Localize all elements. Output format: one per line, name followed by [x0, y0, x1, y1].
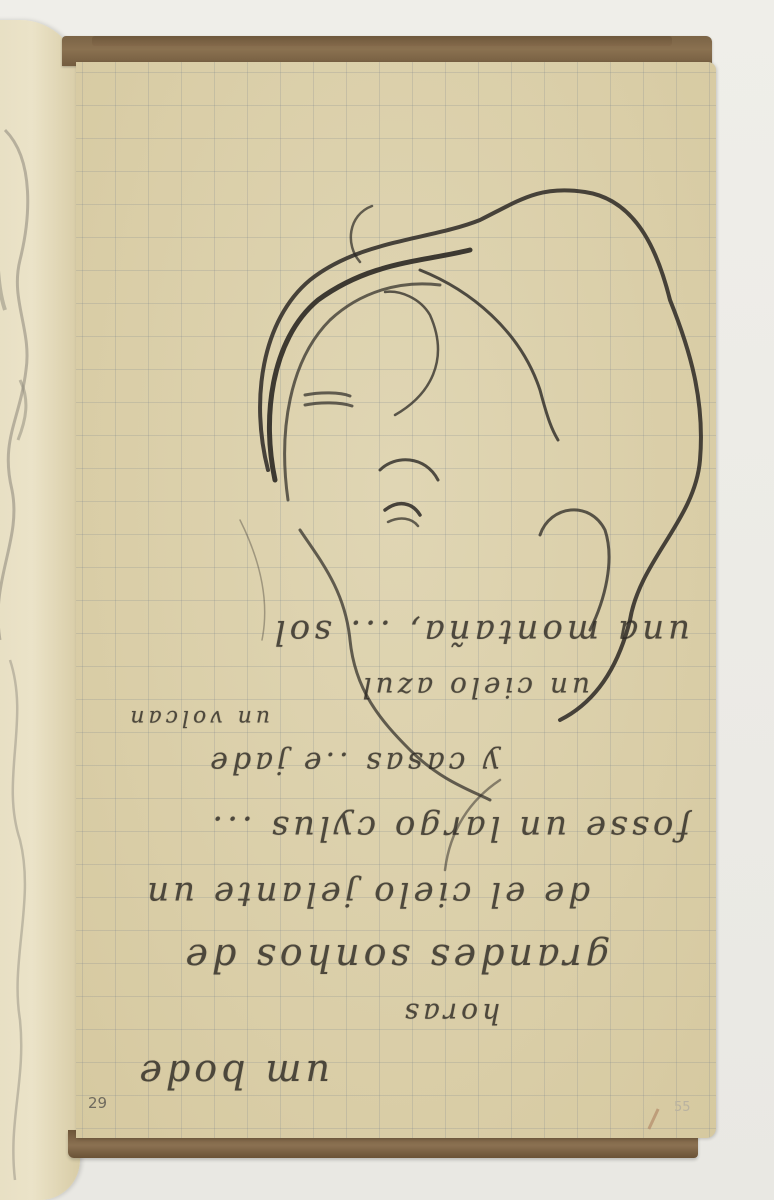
handwriting-line: fosse un largo cylus ... [208, 808, 690, 848]
handwriting-line: un cielo azul [359, 671, 590, 704]
handwriting-line: una montaña, ... sol [271, 612, 690, 652]
page-number-left: 29 [88, 1094, 107, 1112]
page-number-right: 55 [674, 1100, 691, 1115]
handwriting-line: um bode [135, 1052, 330, 1096]
handwriting-line: un volcan [126, 705, 270, 730]
handwriting-line: de el cielo jelante un [143, 874, 590, 914]
handwriting-line: grandes sonhos de [181, 936, 610, 980]
handwriting-line: y casas ..e jade [206, 745, 500, 780]
left-page-sketch [0, 20, 80, 1200]
handwriting-line: horas [401, 997, 500, 1030]
left-facing-page [0, 20, 80, 1200]
handwritten-text-upside-down: una montaña, ... sol un cielo azul un vo… [80, 590, 710, 1110]
